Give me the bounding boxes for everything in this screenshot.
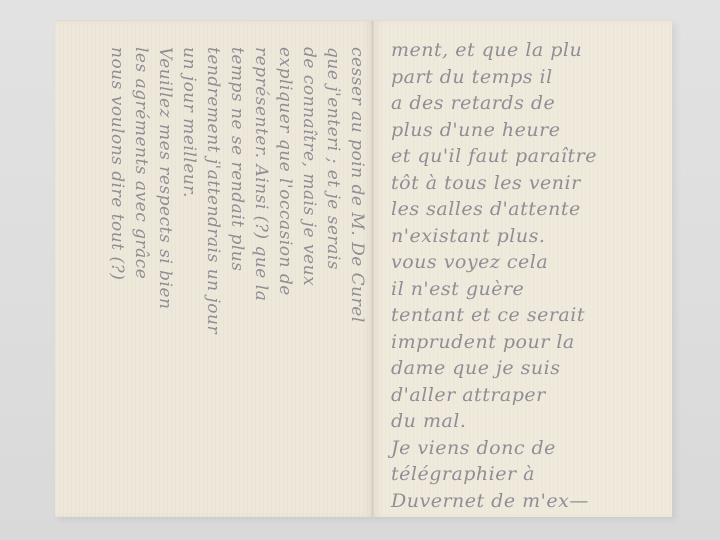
right-line: télégraphier à [385,461,670,488]
left-line: temps ne se rendait plus [225,39,249,499]
right-line: plus d'une heure [385,117,670,144]
left-line: de connaître, mais je veux [297,39,321,499]
right-line: vous voyez cela [385,249,670,276]
right-line: tôt à tous les venir [385,170,670,197]
right-line: d'aller attraper [385,382,670,409]
right-page-text-area: ment, et que la plu part du temps il a d… [385,37,670,514]
right-line: ment, et que la plu [385,37,670,64]
right-page: ment, et que la plu part du temps il a d… [373,20,672,517]
right-line: part du temps il [385,64,670,91]
left-line: cesser au poin de M. De Curel [345,39,369,499]
handwritten-letter: cesser au poin de M. De Curel que j'ente… [55,20,672,516]
right-line: les salles d'attente [385,196,670,223]
photo-stage: cesser au poin de M. De Curel que j'ente… [0,0,720,540]
right-line: n'existant plus. [385,223,670,250]
right-line: imprudent pour la [385,329,670,356]
left-line: représenter. Ainsi (?) que la [249,39,273,499]
right-line: il n'est guère [385,276,670,303]
left-line: tendrement j'attendrais un jour [201,39,225,499]
left-line: Veuillez mes respects si bien [153,39,177,499]
right-line: a des retards de [385,90,670,117]
right-line: du mal. [385,408,670,435]
left-page-text-area: cesser au poin de M. De Curel que j'ente… [79,39,369,499]
left-page: cesser au poin de M. De Curel que j'ente… [55,20,373,517]
left-line: les agréments avec grâce [129,39,153,499]
right-line: Je viens donc de [385,435,670,462]
right-line: Duvernet de m'ex— [385,488,670,515]
right-line: et qu'il faut paraître [385,143,670,170]
left-line: un jour meilleur. [177,39,201,499]
left-line: que j'enteri ; et je serais [321,39,345,499]
left-page-rotated-text: cesser au poin de M. De Curel que j'ente… [79,39,369,499]
left-line: expliquer que l'occasion de [273,39,297,499]
right-line: dame que je suis [385,355,670,382]
left-line: nous voulons dire tout (?) [105,39,129,499]
right-line: tentant et ce serait [385,302,670,329]
